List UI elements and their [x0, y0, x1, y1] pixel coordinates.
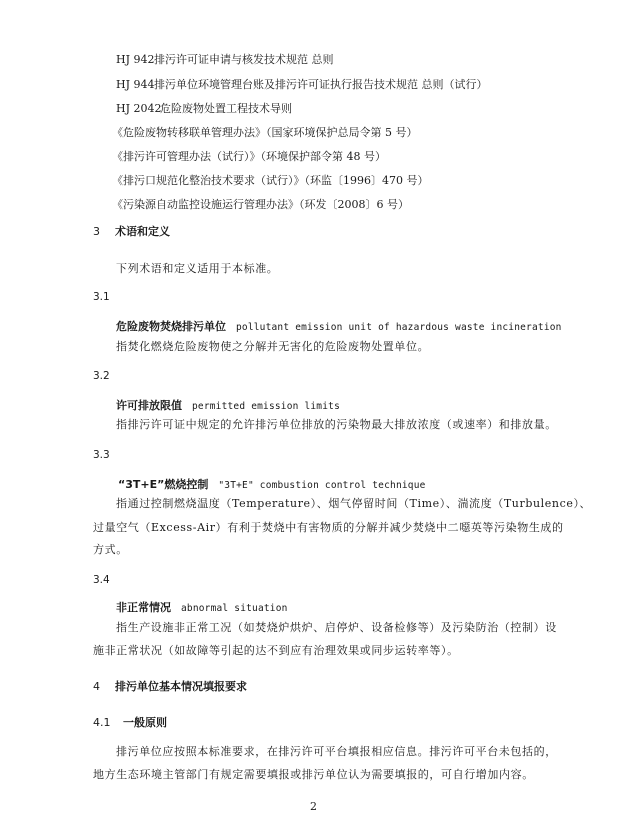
- term-definition: 指排污许可证中规定的允许排污单位排放的污染物最大排放浓度（或速率）和排放量。: [116, 418, 557, 432]
- term-zh: 许可排放限值: [116, 399, 182, 412]
- term-definition: 过量空气（Excess-Air）有利于焚烧中有害物质的分解并减少焚烧中二噁英等污…: [93, 521, 564, 535]
- section-title: 排污单位基本情况填报要求: [115, 680, 247, 693]
- term-heading: 许可排放限值permitted emission limits: [116, 399, 340, 414]
- clause-number: 3.1: [93, 290, 110, 304]
- reference-title: 《排污口规范化整治技术要求（试行）》（环监〔1996〕470 号）: [112, 174, 429, 187]
- subsection-heading: 4.1一般原则: [93, 716, 167, 730]
- reference-title: 危险废物处置工程技术导则: [160, 102, 292, 115]
- paragraph-line: 排污单位应按照本标准要求，在排污许可平台填报相应信息。排污许可平台未包括的，: [116, 745, 557, 759]
- reference-title: 排污单位环境管理台账及排污许可证执行报告技术规范 总则（试行）: [154, 78, 488, 91]
- clause-number: 3.3: [93, 448, 110, 462]
- section-heading: 4排污单位基本情况填报要求: [93, 680, 247, 694]
- subsection-number: 4.1: [93, 716, 123, 730]
- subsection-title: 一般原则: [123, 716, 167, 729]
- term-definition: 方式。: [93, 543, 128, 557]
- term-zh: 非正常情况: [116, 601, 171, 614]
- section-intro: 下列术语和定义适用于本标准。: [116, 262, 278, 276]
- section-number: 3: [93, 225, 115, 239]
- reference-item: HJ 944排污单位环境管理台账及排污许可证执行报告技术规范 总则（试行）: [116, 78, 488, 92]
- term-zh: “3T+E”燃烧控制: [118, 478, 208, 491]
- section-number: 4: [93, 680, 115, 694]
- reference-title: 排污许可证申请与核发技术规范 总则: [154, 53, 334, 66]
- term-en: "3T+E" combustion control technique: [218, 480, 425, 491]
- term-heading: “3T+E”燃烧控制"3T+E" combustion control tech…: [118, 478, 426, 493]
- section-title: 术语和定义: [115, 225, 170, 238]
- reference-item: 《污染源自动监控设施运行管理办法》（环发〔2008〕6 号）: [112, 198, 409, 212]
- reference-code: HJ 942: [116, 53, 154, 67]
- term-zh: 危险废物焚烧排污单位: [116, 320, 226, 333]
- term-en: abnormal situation: [181, 603, 288, 614]
- reference-item: 《排污口规范化整治技术要求（试行）》（环监〔1996〕470 号）: [112, 174, 429, 188]
- page-number: 2: [310, 800, 317, 814]
- term-heading: 危险废物焚烧排污单位pollutant emission unit of haz…: [116, 320, 562, 335]
- term-definition: 指通过控制燃烧温度（Temperature）、烟气停留时间（Time）、湍流度（…: [116, 497, 591, 511]
- reference-item: HJ 942排污许可证申请与核发技术规范 总则: [116, 53, 334, 67]
- clause-number: 3.2: [93, 369, 110, 383]
- term-definition: 指生产设施非正常工况（如焚烧炉烘炉、启停炉、设备检修等）及污染防治（控制）设: [116, 621, 557, 635]
- reference-code: HJ 944: [116, 78, 154, 92]
- term-en: pollutant emission unit of hazardous was…: [236, 322, 562, 333]
- term-definition: 指焚化燃烧危险废物使之分解并无害化的危险废物处置单位。: [116, 340, 429, 354]
- reference-title: 《污染源自动监控设施运行管理办法》（环发〔2008〕6 号）: [112, 198, 409, 211]
- section-heading: 3术语和定义: [93, 225, 170, 239]
- reference-title: 《排污许可管理办法（试行）》（环境保护部令第 48 号）: [112, 150, 386, 163]
- term-heading: 非正常情况abnormal situation: [116, 601, 288, 616]
- reference-item: 《排污许可管理办法（试行）》（环境保护部令第 48 号）: [112, 150, 386, 164]
- reference-code: HJ 2042: [116, 102, 160, 116]
- term-definition: 施非正常状况（如故障等引起的达不到应有治理效果或同步运转率等）。: [93, 644, 459, 658]
- reference-item: HJ 2042危险废物处置工程技术导则: [116, 102, 292, 116]
- paragraph-line: 地方生态环境主管部门有规定需要填报或排污单位认为需要填报的，可自行增加内容。: [93, 768, 534, 782]
- term-en: permitted emission limits: [192, 401, 340, 412]
- reference-title: 《危险废物转移联单管理办法》（国家环境保护总局令第 5 号）: [112, 126, 418, 139]
- clause-number: 3.4: [93, 573, 110, 587]
- reference-item: 《危险废物转移联单管理办法》（国家环境保护总局令第 5 号）: [112, 126, 418, 140]
